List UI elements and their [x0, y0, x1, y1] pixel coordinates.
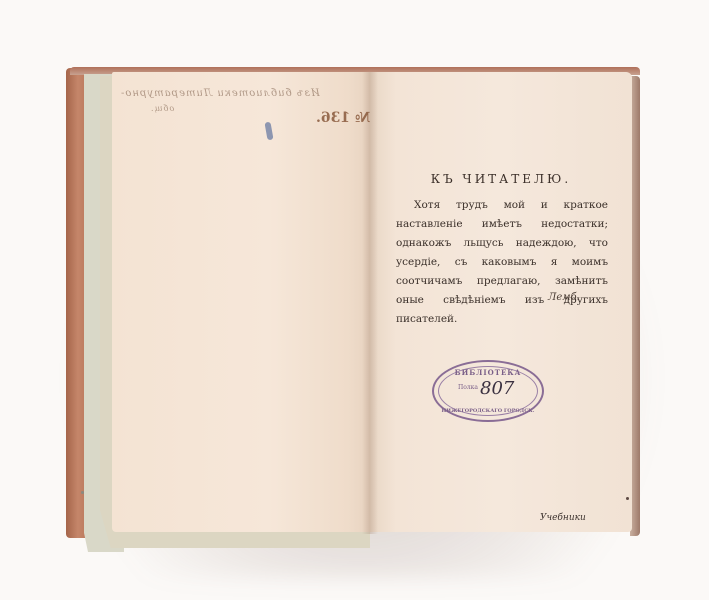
cover-nail — [81, 491, 84, 494]
book-photo: Изъ библиотеки Литературно- общ. № 136. … — [0, 0, 709, 600]
bleed-through-inscription-2: общ. — [150, 104, 174, 113]
paper-spot — [626, 497, 629, 500]
stamp-bottom-text: НИЖЕГОРОДСКАГО ГОРОДСК. — [434, 408, 542, 414]
bleed-through-inscription: Изъ библиотеки Литературно- — [120, 88, 320, 99]
library-stamp: БИБЛІОТЕКА Полка 807 НИЖЕГОРОДСКАГО ГОРО… — [432, 360, 544, 422]
handwritten-note: Учебники — [540, 513, 586, 523]
author-signature: Лемб. — [548, 292, 580, 303]
page-heading: КЪ ЧИТАТЕЛЮ. — [370, 172, 632, 186]
stamp-number: 807 — [480, 378, 514, 399]
left-page — [112, 72, 374, 532]
stamp-top-text: БИБЛІОТЕКА — [434, 368, 542, 377]
stamp-shelf-label: Полка — [458, 384, 478, 391]
bleed-through-mark: № 136. — [316, 110, 370, 126]
foreword-text: Хотя трудъ мой и краткое наставленіе имѣ… — [396, 196, 608, 329]
book-gutter — [362, 72, 378, 534]
